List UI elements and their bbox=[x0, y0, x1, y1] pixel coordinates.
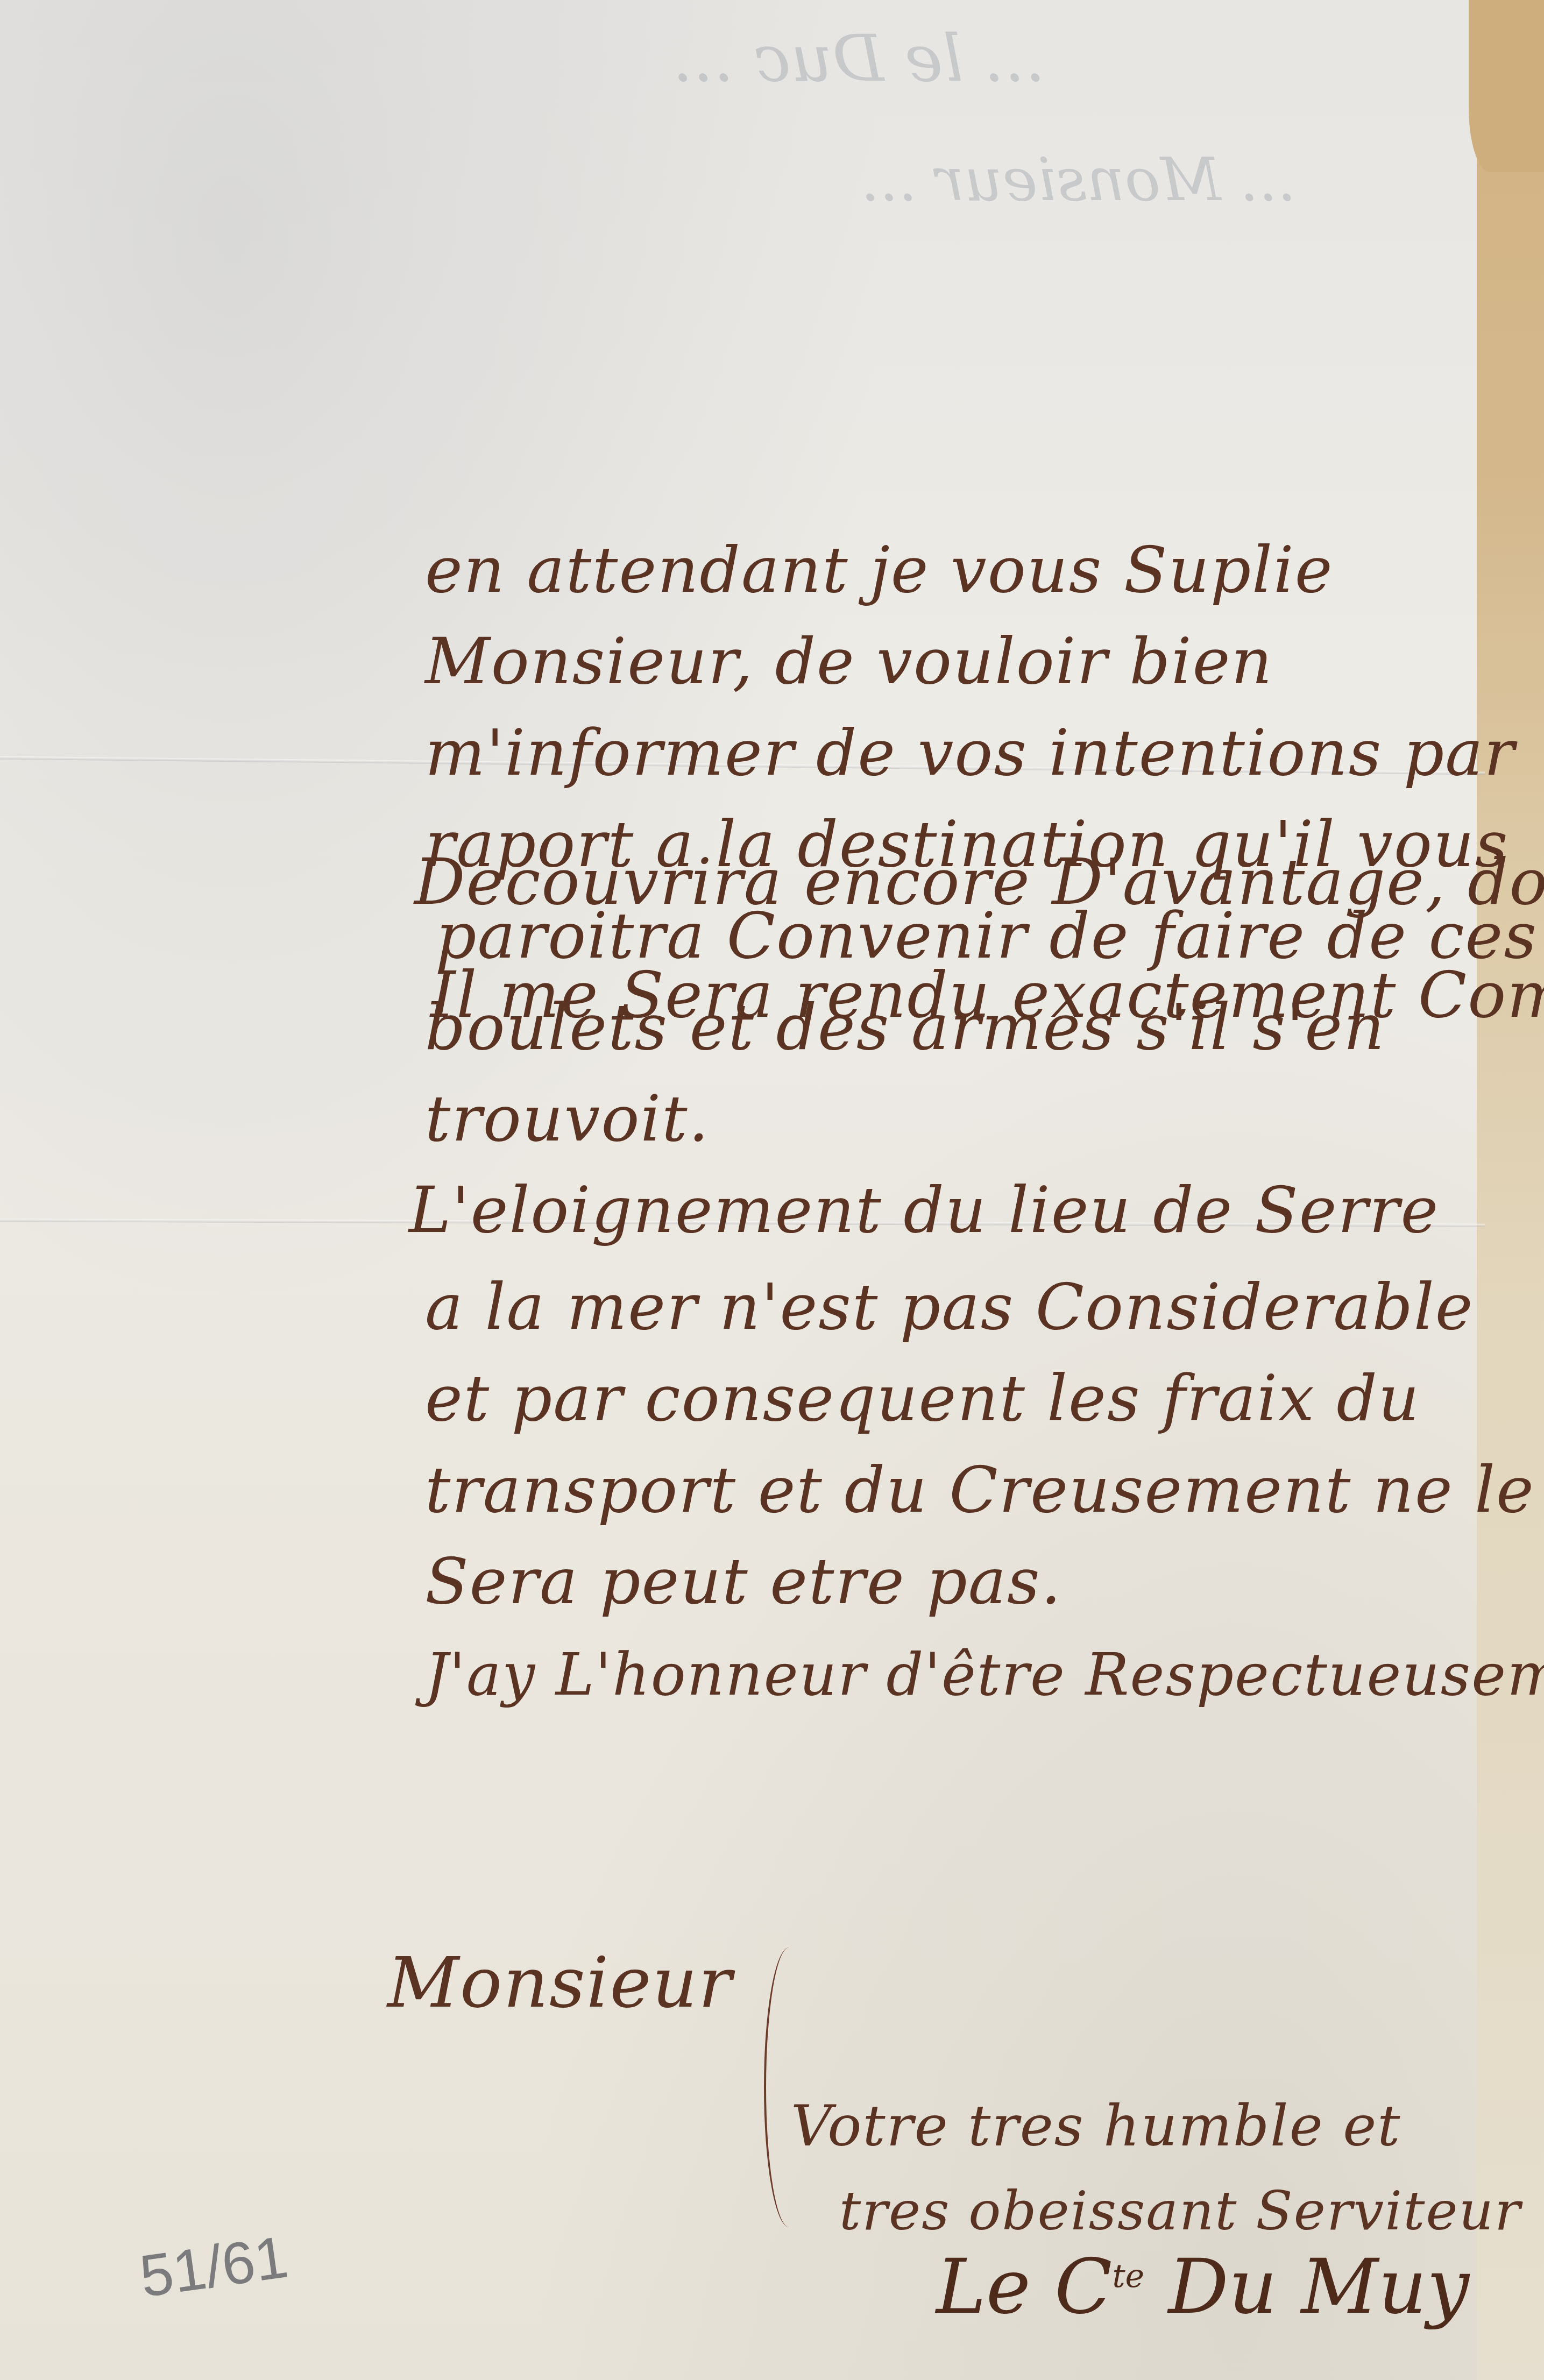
letter-line: transport et du Creusement ne le bbox=[425, 1458, 1535, 1521]
signature: Le Cte Du Muy bbox=[936, 2243, 1469, 2331]
paper-stain-top bbox=[1469, 0, 1544, 172]
show-through-text: ... le Duc ... bbox=[672, 22, 1045, 96]
letter-line: en attendant je vous Suplie bbox=[425, 538, 1334, 601]
letter-line: m'informer de vos intentions par bbox=[425, 721, 1515, 784]
letter-line: et par consequent les fraix du bbox=[425, 1366, 1420, 1430]
paper-stain-strip bbox=[1477, 0, 1544, 2380]
salutation: Monsieur bbox=[387, 1947, 733, 2017]
archival-number: 51/61 bbox=[136, 2222, 292, 2311]
closing-line: Votre tres humble et bbox=[791, 2098, 1401, 2155]
letter-line: a la mer n'est pas Considerable bbox=[425, 1275, 1474, 1338]
closing-flourish bbox=[764, 1947, 815, 2227]
closing-line: tres obeissant Serviteur bbox=[839, 2184, 1521, 2238]
letter-line: paroitra Convenir de faire de ces bbox=[436, 904, 1538, 967]
signature-superscript: te bbox=[1112, 2257, 1144, 2295]
letter-line: J'ay L'honneur d'être Respectueusement bbox=[425, 1646, 1544, 1704]
letter-line: boulets et des armes s'il s'en bbox=[425, 995, 1385, 1059]
letter-line: raport a la destination qu'il vous bbox=[425, 812, 1508, 876]
letter-sheet: ... le Duc ... ... Monsieur ... Decouvri… bbox=[0, 0, 1544, 2380]
signature-prefix: Le C bbox=[936, 2243, 1112, 2331]
letter-line: trouvoit. bbox=[425, 1087, 710, 1150]
letter-line: L'eloignement du lieu de Serre bbox=[409, 1178, 1439, 1242]
letter-line: Monsieur, de vouloir bien bbox=[425, 629, 1273, 693]
show-through-text: ... Monsieur ... bbox=[861, 145, 1297, 214]
signature-name: Du Muy bbox=[1168, 2243, 1470, 2331]
letter-line: Sera peut etre pas. bbox=[425, 1549, 1062, 1613]
